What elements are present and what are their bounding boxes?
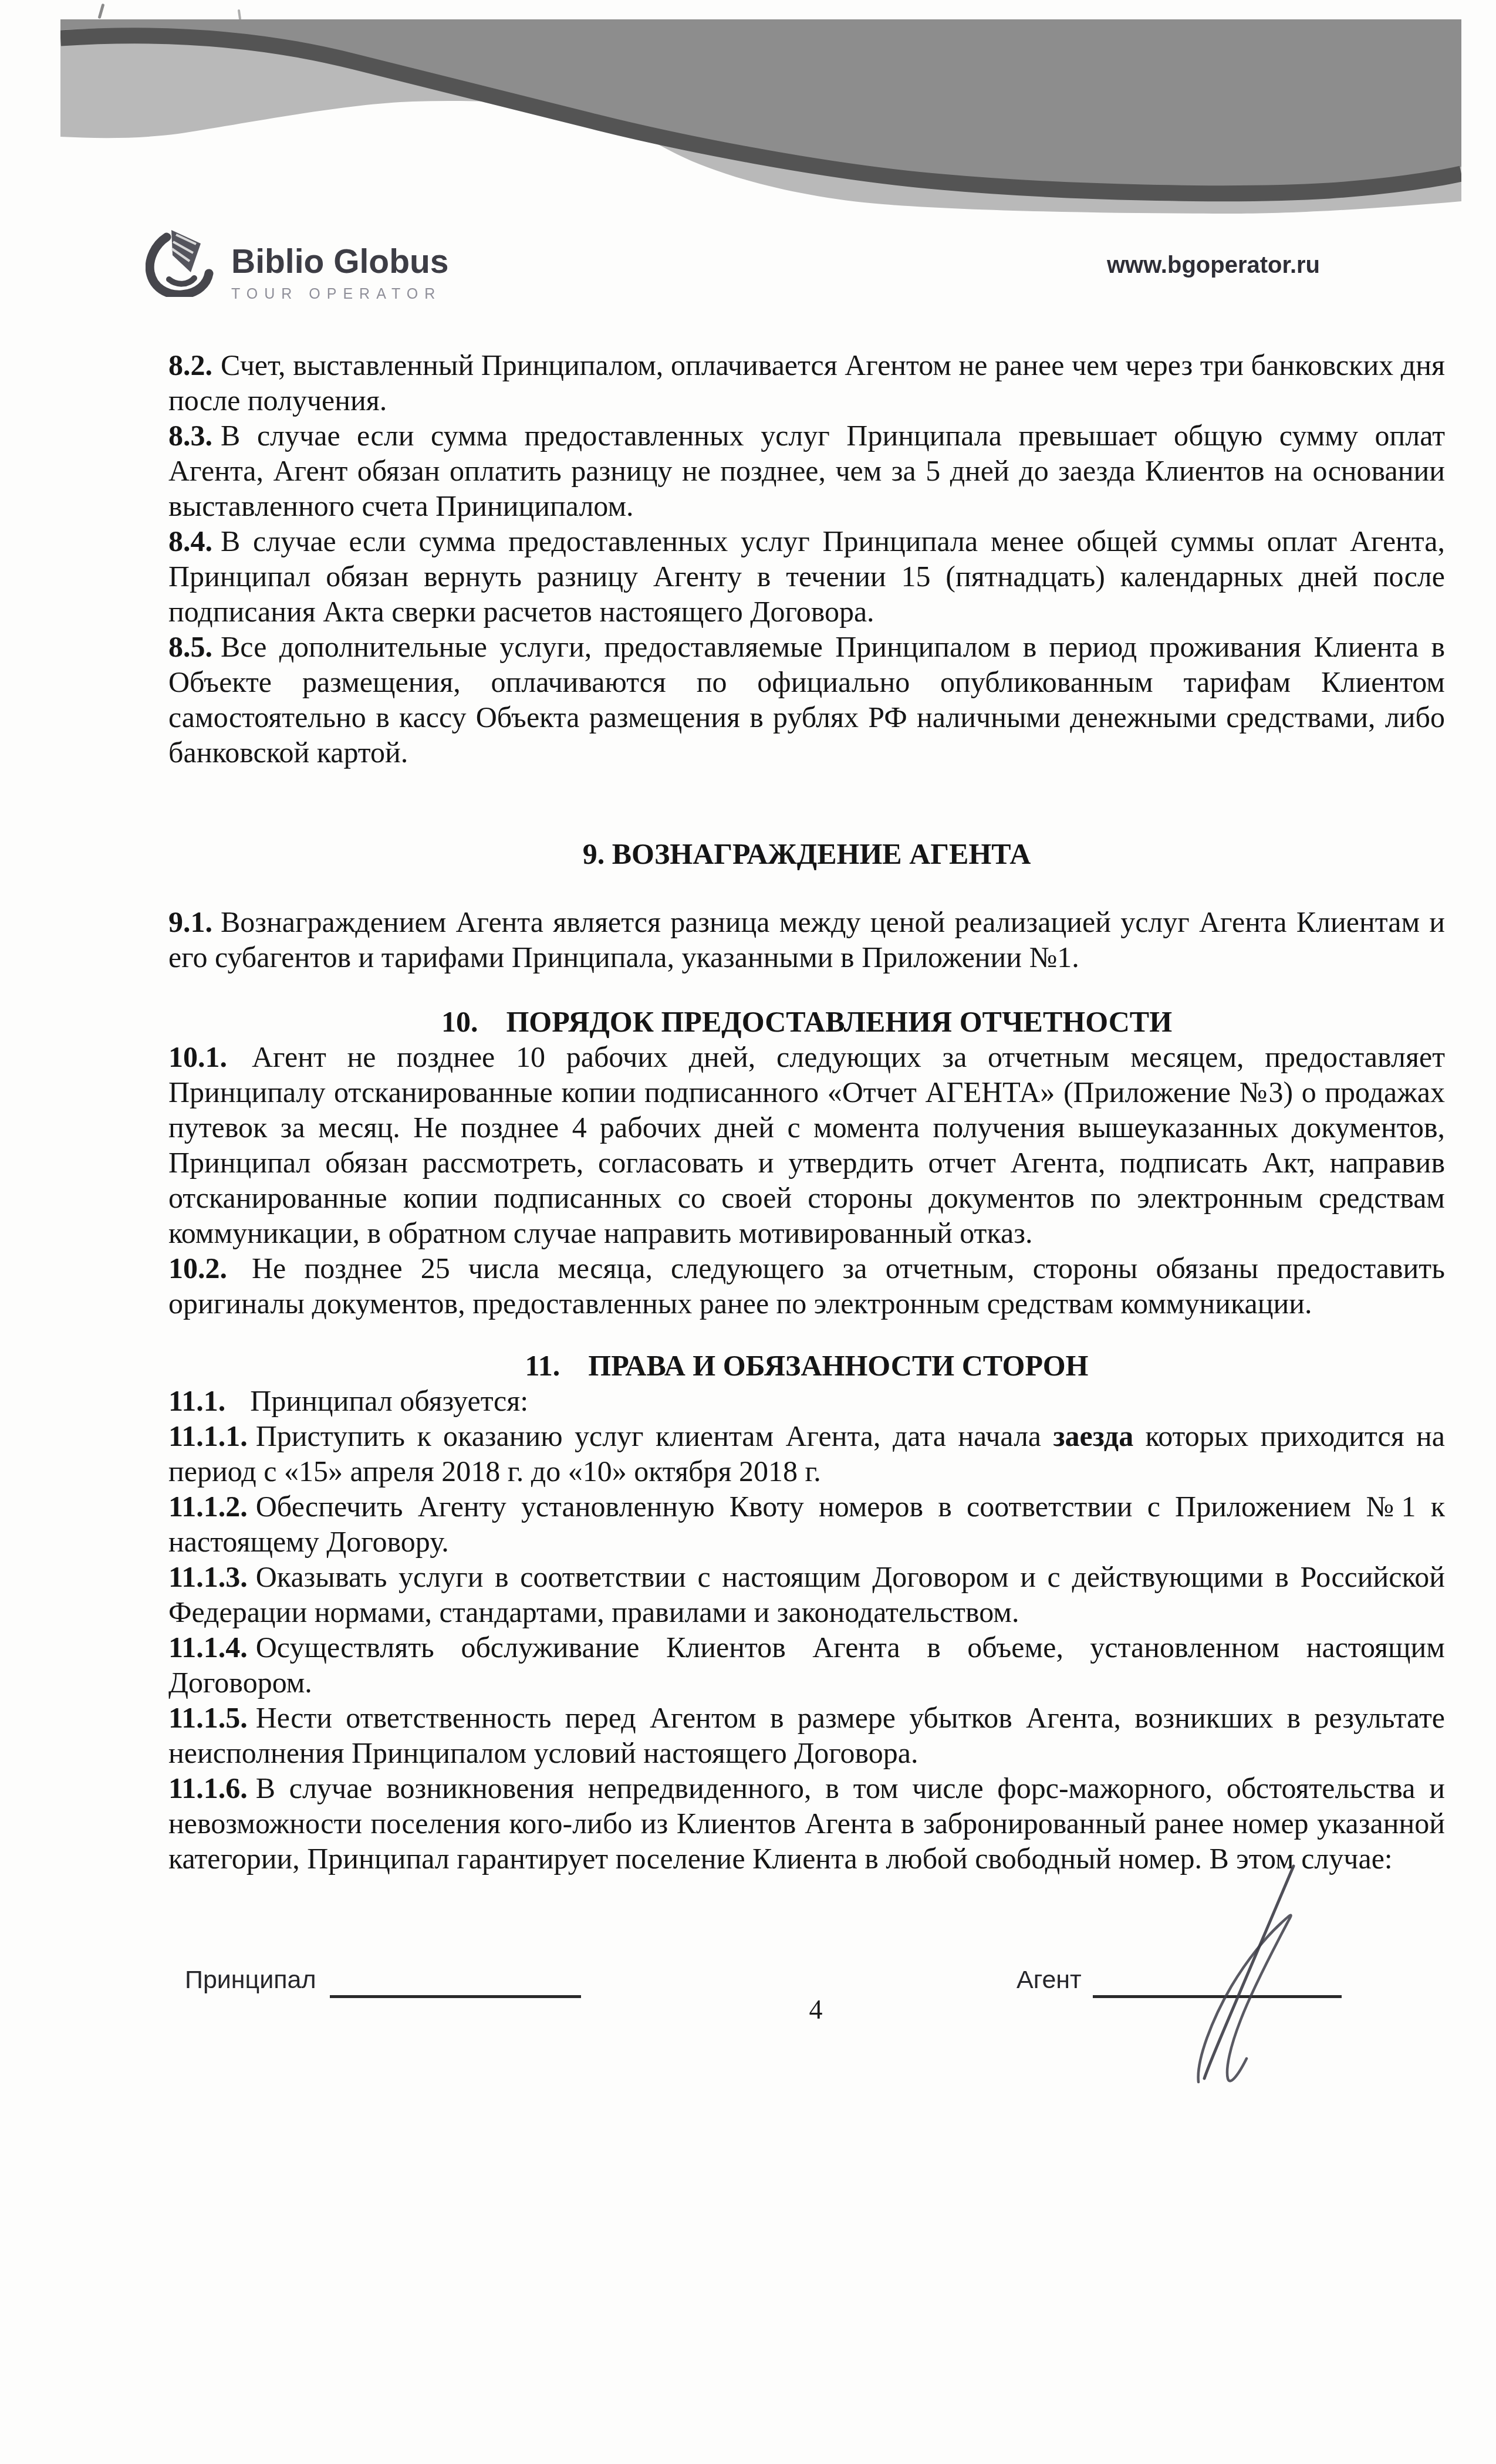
clause-paragraph: 11.1.1.Приступить к оказанию услуг клиен… bbox=[168, 1418, 1445, 1489]
clause-paragraph: 11.1.4.Осуществлять обслуживание Клиенто… bbox=[168, 1630, 1445, 1700]
biblio-globus-logo-icon bbox=[146, 229, 218, 299]
contract-body: 8.2.Счет, выставленный Принципалом, опла… bbox=[168, 347, 1445, 1876]
section-heading: 11.ПРАВА И ОБЯЗАННОСТИ СТОРОН bbox=[168, 1348, 1445, 1383]
clause-paragraph: 8.5.Все дополнительные услуги, предостав… bbox=[168, 629, 1445, 770]
clause-paragraph: 11.1.3.Оказывать услуги в соответствии с… bbox=[168, 1559, 1445, 1630]
clause-paragraph: 10.1.Агент не позднее 10 рабочих дней, с… bbox=[168, 1039, 1445, 1250]
agent-signature-label: Агент bbox=[1017, 1966, 1082, 1995]
clause-paragraph: 9.1.Вознаграждением Агента является разн… bbox=[168, 904, 1445, 975]
scan-artifact bbox=[238, 9, 241, 20]
clause-paragraph: 11.1.Принципал обязуется: bbox=[168, 1383, 1445, 1418]
logo-subtitle: TOUR OPERATOR bbox=[231, 287, 448, 302]
clause-paragraph: 8.4.В случае если сумма предоставленных … bbox=[168, 523, 1445, 629]
logo-title: Biblio Globus bbox=[231, 245, 448, 279]
clause-paragraph: 11.1.2.Обеспечить Агенту установленную К… bbox=[168, 1489, 1445, 1559]
scanned-contract-page: Biblio Globus TOUR OPERATOR www.bgoperat… bbox=[0, 0, 1496, 2464]
principal-signature-label: Принципал bbox=[185, 1966, 316, 1995]
scan-artifact bbox=[98, 4, 105, 19]
principal-signature-line bbox=[330, 1995, 581, 1998]
page-number: 4 bbox=[786, 1994, 845, 2025]
header-wave-banner bbox=[60, 19, 1461, 242]
clause-paragraph: 10.2.Не позднее 25 числа месяца, следующ… bbox=[168, 1250, 1445, 1321]
clause-paragraph: 11.1.5.Нести ответственность перед Агент… bbox=[168, 1700, 1445, 1770]
website-url: www.bgoperator.ru bbox=[1107, 252, 1320, 279]
clause-paragraph: 8.3.В случае если сумма предоставленных … bbox=[168, 418, 1445, 523]
section-heading: 9. ВОЗНАГРАЖДЕНИЕ АГЕНТА bbox=[168, 836, 1445, 871]
agent-handwritten-signature bbox=[1140, 1859, 1310, 2100]
biblio-globus-logo: Biblio Globus TOUR OPERATOR bbox=[146, 229, 448, 302]
section-heading: 10.ПОРЯДОК ПРЕДОСТАВЛЕНИЯ ОТЧЕТНОСТИ bbox=[168, 1004, 1445, 1039]
clause-paragraph: 8.2.Счет, выставленный Принципалом, опла… bbox=[168, 347, 1445, 418]
